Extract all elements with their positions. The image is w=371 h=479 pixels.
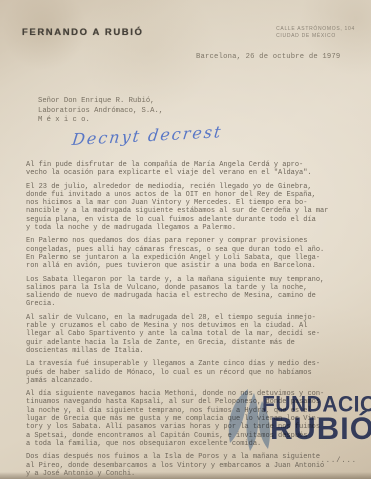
letter-paragraph: La travesía fué insuperable y llegamos a…: [26, 360, 360, 385]
letter-paragraph: Al fin pude disfrutar de la compañía de …: [26, 161, 360, 178]
recipient-address-block: Señor Don Enrique R. Rubió, Laboratorios…: [38, 97, 163, 126]
scanned-letter-page: FERNANDO A RUBIÓ CALLE ASTRÓNOMOS, 104 C…: [0, 0, 371, 479]
continuation-mark: .../...: [321, 457, 357, 465]
letter-paragraph: El 23 de julio, alrededor de mediodía, r…: [26, 183, 360, 233]
letterhead-address-line1: CALLE ASTRÓNOMOS, 104: [276, 26, 355, 33]
letter-paragraph: Dos días después nos fuimos a la Isla de…: [26, 453, 360, 478]
letter-paragraph: Los Sabata llegaron por la tarde y, a la…: [26, 276, 360, 309]
letterhead-address: CALLE ASTRÓNOMOS, 104 CIUDAD DE MÉXICO: [276, 26, 355, 40]
letter-paragraph: Al día siguiente navegamos hacia Methoni…: [26, 390, 360, 448]
letter-body: Al fin pude disfrutar de la compañía de …: [26, 161, 360, 479]
letter-paragraph: Al salir de Vulcano, en la madrugada del…: [26, 314, 360, 355]
dateline: Barcelona, 26 de octubre de 1979: [196, 53, 340, 61]
letter-paragraph: En Palermo nos quedamos dos días para re…: [26, 237, 360, 270]
letterhead-address-line2: CIUDAD DE MÉXICO: [276, 33, 355, 40]
letterhead-sender-name: FERNANDO A RUBIÓ: [22, 27, 143, 38]
